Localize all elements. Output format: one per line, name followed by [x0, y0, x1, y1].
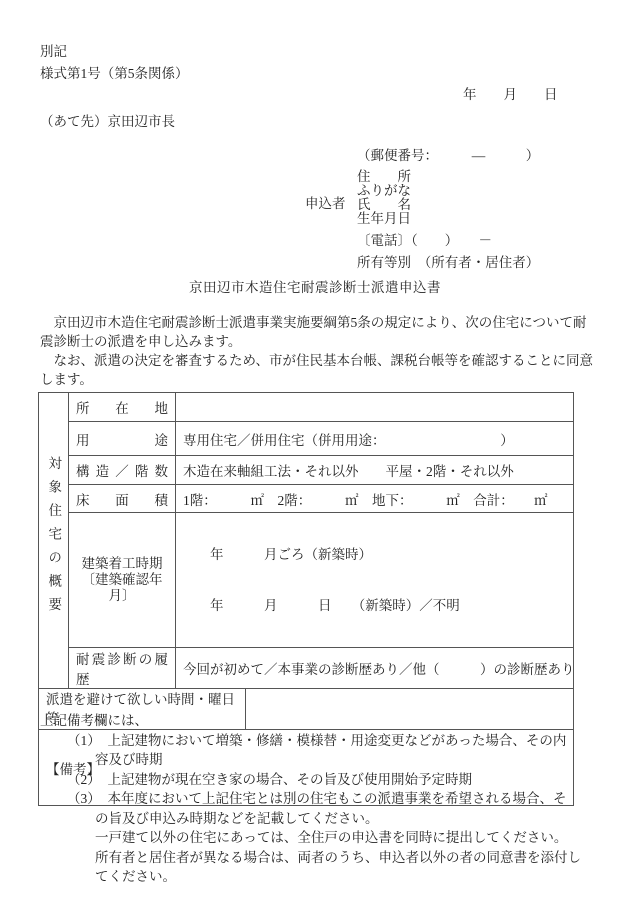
form-title: 京田辺市木造住宅耐震診断士派遣申込書 [0, 276, 630, 296]
location-value [176, 393, 574, 422]
postal-code-line: （郵便番号： ― ） [357, 144, 539, 164]
notes-section: 上記備考欄には、 （1） 上記建物において増築・修繕・模様替・用途変更などがあっ… [40, 711, 598, 887]
note-item-2: （2） 上記建物が現在空き家の場合、その旨及び使用開始予定時期 [95, 770, 598, 790]
note-item-3: （3） 本年度において上記住宅とは別の住宅もこの派遣事業を希望される場合、そ の… [95, 789, 598, 828]
application-form-page: 別記 様式第1号（第5条関係） 年 月 日 （あて先）京田辺市長 申込者 （郵便… [0, 0, 630, 903]
intro-paragraph: 京田辺市木造住宅耐震診断士派遣事業実施要綱第5条の規定により、次の住宅について耐… [40, 313, 598, 389]
birthdate-label: 生年月日 [357, 207, 411, 227]
side-header-text: 対象住宅の概要 [47, 456, 61, 621]
use-label: 用途 [69, 422, 176, 456]
side-header-cell: 対象住宅の概要 [39, 393, 69, 689]
notes-header: 上記備考欄には、 [40, 711, 598, 731]
diagnosis-history-label: 耐震診断の履歴 [69, 648, 176, 689]
form-number: 様式第1号（第5条関係） [40, 62, 189, 82]
diagnosis-history-value: 今回が初めて／本事業の診断歴あり／他（ ）の診断歴あり [176, 648, 574, 689]
floor-area-value: 1階： ㎡ 2階： ㎡ 地下： ㎡ 合計： ㎡ [176, 485, 574, 513]
structure-label: 構造／階数 [69, 456, 176, 485]
date-line: 年 月 日 [463, 83, 558, 103]
use-value: 専用住宅／併用住宅（併用用途： ） [176, 422, 574, 456]
note-item-1: （1） 上記建物において増築・修繕・模様替・用途変更などがあった場合、その内 容… [95, 731, 598, 770]
header-note: 別記 [40, 40, 67, 60]
construction-date-line1: 年 月ごろ（新築時） [183, 545, 566, 564]
note-extra-2: 所有者と居住者が異なる場合は、両者のうち、申込者以外の者の同意書を添付し てくだ… [95, 848, 598, 887]
construction-date-value: 年 月ごろ（新築時） 年 月 日 （新築時）／不明 [176, 513, 574, 648]
note-extra-1: 一戸建て以外の住宅にあっては、全住戸の申込書を同時に提出してください。 [95, 828, 598, 848]
ownership-line: 所有等別 （所有者・居住者） [357, 251, 539, 271]
phone-line: 〔電話〕（ ） － [357, 229, 492, 249]
construction-date-label: 建築着工時期 〔建築確認年 月〕 [69, 513, 176, 648]
applicant-label: 申込者 [305, 192, 346, 212]
addressee-line: （あて先）京田辺市長 [40, 110, 175, 130]
floor-area-label: 床面積 [69, 485, 176, 513]
location-label: 所在地 [69, 393, 176, 422]
construction-date-line2: 年 月 日 （新築時）／不明 [183, 596, 566, 615]
structure-value: 木造在来軸組工法・それ以外 平屋・2階・それ以外 [176, 456, 574, 485]
